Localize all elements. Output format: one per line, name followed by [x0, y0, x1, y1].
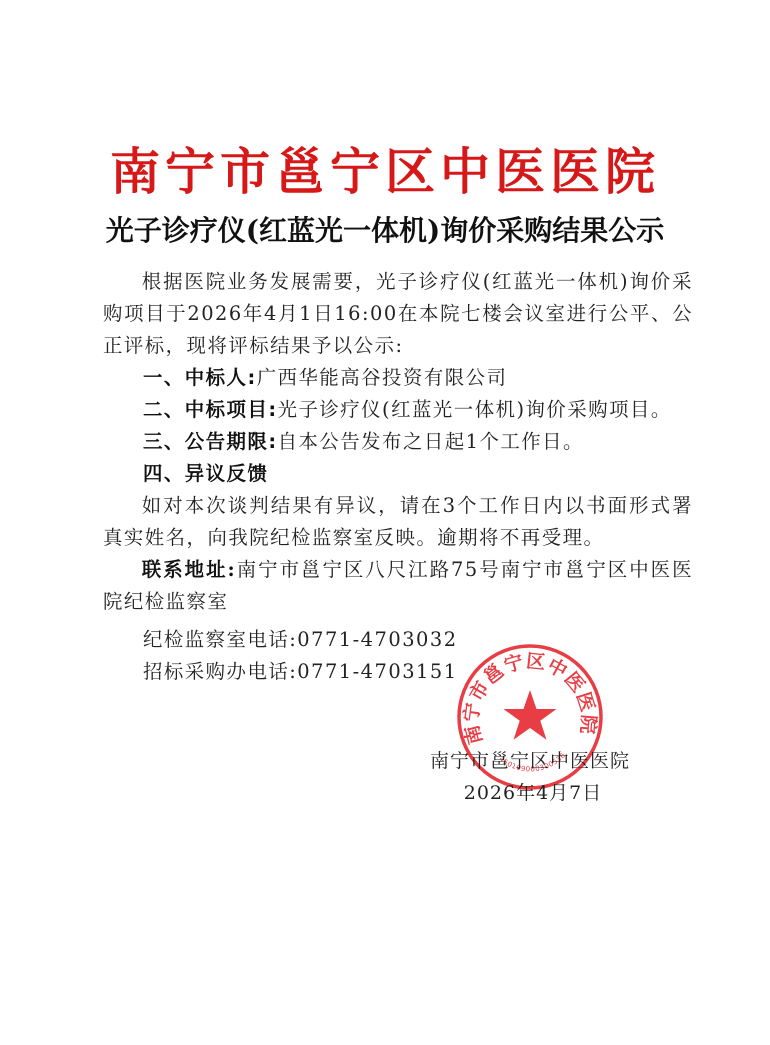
document-title: 光子诊疗仪(红蓝光一体机)询价采购结果公示 — [0, 211, 770, 251]
item-objection: 四、异议反馈 — [103, 458, 693, 490]
phone-procurement-label: 招标采购办电话: — [143, 660, 297, 683]
document-page: 南宁市邕宁区中医医院 光子诊疗仪(红蓝光一体机)询价采购结果公示 根据医院业务发… — [0, 0, 770, 1045]
item-objection-label: 四、异议反馈 — [143, 462, 268, 485]
organization-heading: 南宁市邕宁区中医医院 — [0, 142, 770, 202]
item-winner-label: 一、中标人: — [143, 366, 257, 389]
phone-procurement-value: 0771-4703151 — [297, 660, 457, 683]
intro-paragraph: 根据医院业务发展需要，光子诊疗仪(红蓝光一体机)询价采购项目于2026年4月1日… — [103, 266, 693, 362]
item-period: 三、公告期限:自本公告发布之日起1个工作日。 — [103, 426, 693, 458]
phone-discipline-label: 纪检监察室电话: — [143, 628, 297, 651]
item-winner-value: 广西华能高谷投资有限公司 — [257, 366, 508, 389]
item-project-label: 二、中标项目: — [143, 398, 278, 421]
contact-address: 联系地址:南宁市邕宁区八尺江路75号南宁市邕宁区中医医院纪检监察室 — [103, 554, 693, 618]
item-period-label: 三、公告期限: — [143, 430, 278, 453]
item-winner: 一、中标人:广西华能高谷投资有限公司 — [103, 362, 693, 394]
signature-organization: 南宁市邕宁区中医医院 — [420, 745, 640, 777]
item-project-value: 光子诊疗仪(红蓝光一体机)询价采购项目。 — [278, 398, 672, 421]
contact-address-label: 联系地址: — [142, 558, 236, 581]
signature-block: 南宁市邕宁区中医医院 2026年4月7日 — [420, 745, 640, 809]
document-body: 根据医院业务发展需要，光子诊疗仪(红蓝光一体机)询价采购项目于2026年4月1日… — [103, 266, 693, 688]
objection-paragraph: 如对本次谈判结果有异议，请在3个工作日内以书面形式署真实姓名，向我院纪检监察室反… — [103, 490, 693, 554]
phone-discipline-value: 0771-4703032 — [297, 628, 457, 651]
item-project: 二、中标项目:光子诊疗仪(红蓝光一体机)询价采购项目。 — [103, 394, 693, 426]
item-period-value: 自本公告发布之日起1个工作日。 — [278, 430, 584, 453]
seal-star-icon — [504, 690, 557, 740]
signature-date: 2026年4月7日 — [420, 777, 640, 809]
